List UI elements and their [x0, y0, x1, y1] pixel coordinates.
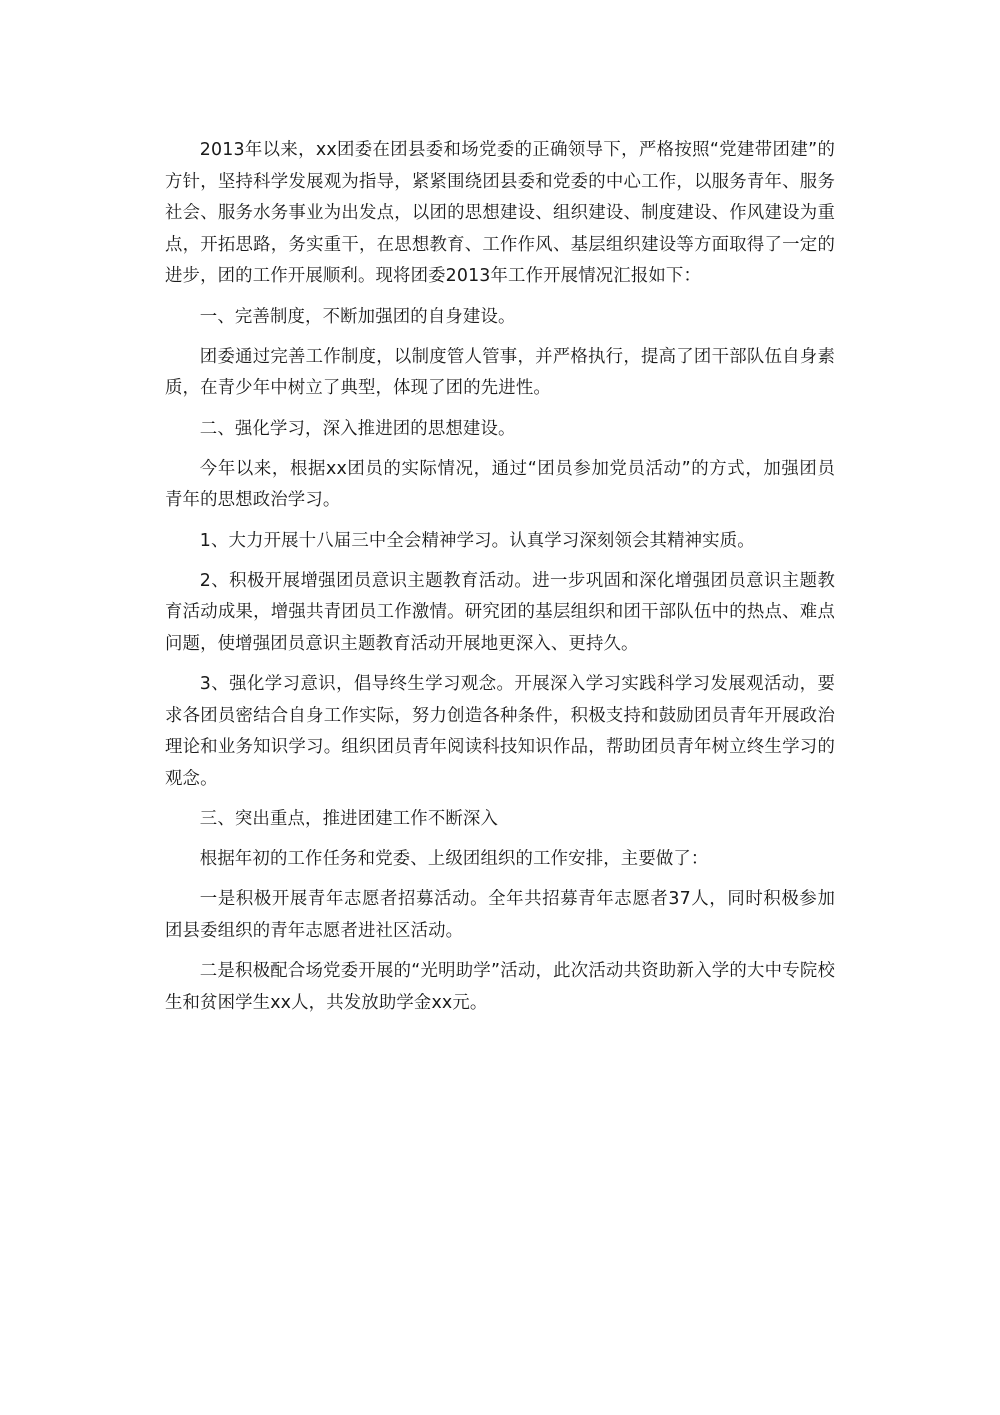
- section-1-paragraph: 团委通过完善工作制度，以制度管人管事，并严格执行，提高了团干部队伍自身素质，在青…: [165, 342, 835, 405]
- section-heading-1: 一、完善制度，不断加强团的自身建设。: [165, 302, 835, 334]
- intro-paragraph: 2013年以来，xx团委在团县委和场党委的正确领导下，严格按照“党建带团建”的方…: [165, 135, 835, 293]
- section-2-intro-paragraph: 今年以来，根据xx团员的实际情况，通过“团员参加党员活动”的方式，加强团员青年的…: [165, 454, 835, 517]
- section-3-item-2: 二是积极配合场党委开展的“光明助学”活动，此次活动共资助新入学的大中专院校生和贫…: [165, 956, 835, 1019]
- section-3-item-1: 一是积极开展青年志愿者招募活动。全年共招募青年志愿者37人，同时积极参加团县委组…: [165, 884, 835, 947]
- section-heading-2: 二、强化学习，深入推进团的思想建设。: [165, 414, 835, 446]
- section-2-item-2: 2、积极开展增强团员意识主题教育活动。进一步巩固和深化增强团员意识主题教育活动成…: [165, 566, 835, 661]
- section-2-item-1: 1、大力开展十八届三中全会精神学习。认真学习深刻领会其精神实质。: [165, 526, 835, 558]
- section-3-intro-paragraph: 根据年初的工作任务和党委、上级团组织的工作安排，主要做了：: [165, 844, 835, 876]
- section-heading-3: 三、突出重点，推进团建工作不断深入: [165, 804, 835, 836]
- document-page: 2013年以来，xx团委在团县委和场党委的正确领导下，严格按照“党建带团建”的方…: [165, 135, 835, 1028]
- section-2-item-3: 3、强化学习意识，倡导终生学习观念。开展深入学习实践科学习发展观活动，要求各团员…: [165, 669, 835, 795]
